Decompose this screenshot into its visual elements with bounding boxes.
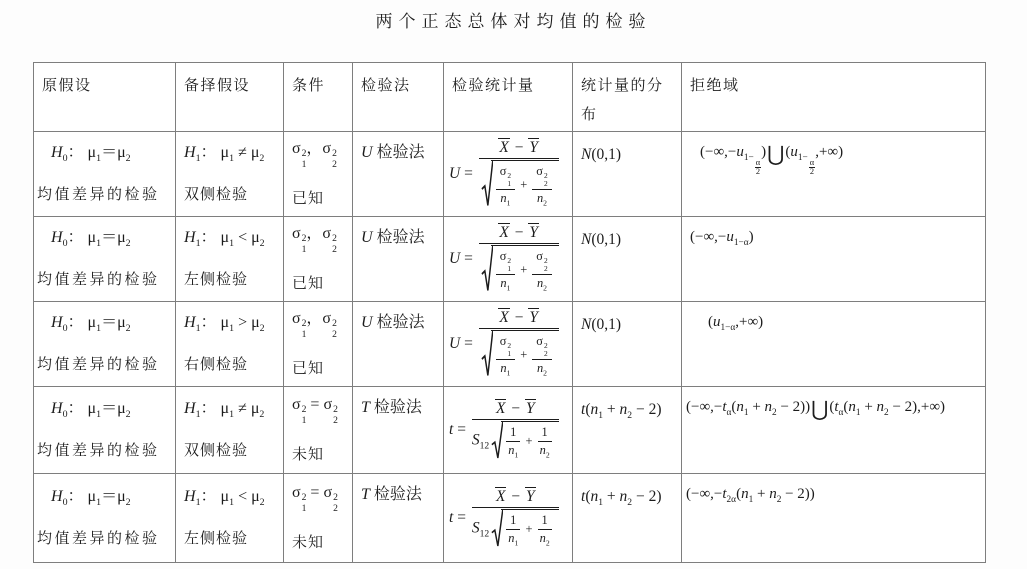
distribution-cell: N(0,1) bbox=[573, 301, 682, 386]
math-variable: T bbox=[361, 399, 370, 416]
math-text: ： μ bbox=[201, 488, 230, 505]
math-numerator: X − Y bbox=[479, 138, 559, 159]
null-hypothesis-formula: H0： μ1＝μ2 bbox=[35, 399, 174, 422]
math-text: ＝μ bbox=[101, 314, 126, 331]
math-numerator: 1 bbox=[538, 425, 552, 442]
math-variable: S bbox=[472, 431, 480, 448]
math-denominator: n1 bbox=[496, 360, 515, 377]
math-subscript: 2 bbox=[544, 265, 548, 273]
condition-formula: σ21，σ22 bbox=[285, 309, 351, 340]
distribution-cell: N(0,1) bbox=[573, 131, 682, 216]
math-variable: H bbox=[51, 229, 63, 246]
math-supsub: 22 bbox=[544, 172, 548, 188]
table-row: H0： μ1＝μ2 均值差异的检验 H1： μ1 > μ2 右侧检验 σ21，σ… bbox=[34, 301, 986, 386]
math-text: ： μ bbox=[68, 400, 97, 417]
rejection-region-formula: (−∞,−u1−α2)⋃(u1−α2,+∞) bbox=[700, 143, 984, 178]
null-hypothesis-label: 均值差异的检验 bbox=[35, 183, 174, 204]
null-hypothesis-formula: H0： μ1＝μ2 bbox=[35, 143, 174, 166]
math-text: − bbox=[507, 400, 524, 417]
math-subscript: 1 bbox=[302, 160, 307, 171]
math-denominator: n2 bbox=[532, 360, 551, 377]
math-text: = σ bbox=[306, 396, 332, 413]
math-denominator: σ21n1 + σ22n2 bbox=[479, 329, 559, 378]
math-text: + bbox=[522, 434, 535, 448]
alternative-formula: H1： μ1 > μ2 bbox=[177, 313, 282, 336]
distribution-formula: N(0,1) bbox=[581, 145, 681, 164]
column-header-distribution: 统计量的分布 bbox=[573, 63, 682, 132]
math-subscript: 12 bbox=[480, 440, 490, 451]
math-text: < μ bbox=[234, 488, 260, 505]
alternative-label: 左侧检验 bbox=[177, 527, 282, 548]
math-text: 1 bbox=[510, 513, 516, 527]
alternative-label: 双侧检验 bbox=[177, 183, 282, 204]
statistic-formula: U = X − Yσ21n1 + σ22n2 bbox=[449, 223, 561, 293]
math-text: σ bbox=[500, 249, 507, 263]
method-label: T 检验法 bbox=[361, 398, 443, 418]
math-numerator: X − Y bbox=[479, 223, 559, 244]
math-subscript: 1 bbox=[507, 369, 511, 378]
math-text: = bbox=[460, 165, 477, 183]
math-subscript: 2 bbox=[260, 238, 265, 249]
math-subscript: 1 bbox=[514, 538, 518, 547]
math-fraction: X − Yσ21n1 + σ22n2 bbox=[479, 308, 559, 378]
math-subscript: 2 bbox=[126, 238, 131, 249]
math-variable: U bbox=[449, 335, 460, 353]
condition-cell: σ21 = σ22 未知 bbox=[284, 473, 353, 562]
math-variable: n bbox=[736, 399, 744, 415]
statistic-cell: U = X − Yσ21n1 + σ22n2 bbox=[444, 216, 573, 301]
method-label: U 检验法 bbox=[361, 313, 443, 333]
math-subscript: 1−α2 bbox=[744, 153, 761, 163]
distribution-cell: N(0,1) bbox=[573, 216, 682, 301]
math-text: σ bbox=[292, 225, 301, 242]
math-text: (0,1) bbox=[591, 231, 621, 248]
math-sqrt-content: 1n1 + 1n2 bbox=[501, 421, 559, 460]
math-denominator: n1 bbox=[496, 275, 515, 292]
statistic-formula: t = X − YS121n1 + 1n2 bbox=[449, 487, 561, 548]
table-row: H0： μ1＝μ2 均值差异的检验 H1： μ1 < μ2 左侧检验 σ21 =… bbox=[34, 473, 986, 562]
math-subscript: 2 bbox=[332, 330, 337, 341]
math-variable: n bbox=[765, 399, 773, 415]
math-sqrt: σ21n1 + σ22n2 bbox=[481, 160, 559, 208]
math-sqrt-content: 1n1 + 1n2 bbox=[501, 509, 559, 548]
math-subscript: 1 bbox=[302, 245, 307, 256]
math-subscript: 2 bbox=[543, 284, 547, 293]
math-text: − 2)) bbox=[781, 486, 814, 502]
math-variable: N bbox=[581, 316, 591, 333]
math-text: 1− bbox=[798, 153, 808, 163]
math-supsub: 21 bbox=[507, 342, 511, 358]
math-subscript: 1 bbox=[507, 199, 511, 208]
math-subscript: 2 bbox=[544, 350, 548, 358]
alternative-formula: H1： μ1 ≠ μ2 bbox=[177, 143, 282, 166]
math-variable: u bbox=[726, 229, 734, 245]
math-numerator: X − Y bbox=[479, 308, 559, 329]
statistic-formula: U = X − Yσ21n1 + σ22n2 bbox=[449, 138, 561, 208]
math-sqrt-content: σ21n1 + σ22n2 bbox=[491, 245, 559, 293]
null-hypothesis-formula: H0： μ1＝μ2 bbox=[35, 313, 174, 336]
math-text: + bbox=[861, 399, 877, 415]
math-numerator: σ21 bbox=[496, 164, 515, 190]
math-variable: H bbox=[184, 400, 196, 417]
math-fraction: σ22n2 bbox=[532, 249, 551, 292]
math-text: 检验法 bbox=[373, 144, 425, 161]
null-hypothesis-label: 均值差异的检验 bbox=[35, 439, 174, 460]
math-text: − bbox=[511, 139, 528, 156]
math-variable: u bbox=[790, 144, 798, 160]
math-text: (−∞,− bbox=[690, 229, 726, 245]
math-subscript: 2 bbox=[543, 199, 547, 208]
math-text: + bbox=[603, 401, 620, 418]
math-numerator: 1 bbox=[506, 513, 520, 530]
math-text: 1 bbox=[542, 513, 548, 527]
math-subscript: 1 bbox=[302, 504, 307, 515]
method-cell: T 检验法 bbox=[353, 473, 444, 562]
math-text: 检验法 bbox=[370, 399, 422, 416]
method-cell: T 检验法 bbox=[353, 386, 444, 473]
math-supsub: 22 bbox=[333, 405, 338, 426]
math-fraction: 1n1 bbox=[506, 513, 520, 547]
math-sqrt: 1n1 + 1n2 bbox=[491, 421, 559, 460]
math-text: 1 bbox=[542, 425, 548, 439]
math-subscript: 2 bbox=[126, 409, 131, 420]
rejection-region-cell: (−∞,−t2α(n1 + n2 − 2)) bbox=[682, 473, 986, 562]
math-text: ： μ bbox=[201, 144, 230, 161]
math-numerator: 1 bbox=[538, 513, 552, 530]
math-variable: H bbox=[51, 314, 63, 331]
math-subscript: 2 bbox=[126, 323, 131, 334]
math-variable: H bbox=[184, 144, 196, 161]
header-row: 原假设 备择假设 条件 检验法 检验统计量 统计量的分布 拒绝域 bbox=[34, 63, 986, 132]
math-variable: n bbox=[769, 486, 777, 502]
condition-cell: σ21，σ22 已知 bbox=[284, 301, 353, 386]
math-supsub: 21 bbox=[507, 172, 511, 188]
math-text: 检验法 bbox=[373, 229, 425, 246]
math-denominator: n1 bbox=[496, 190, 515, 207]
column-header-statistic: 检验统计量 bbox=[444, 63, 573, 132]
math-fraction: σ21n1 bbox=[496, 249, 515, 292]
null-hypothesis-formula: H0： μ1＝μ2 bbox=[35, 487, 174, 510]
method-cell: U 检验法 bbox=[353, 131, 444, 216]
math-subscript: 2 bbox=[543, 369, 547, 378]
math-variable: n bbox=[848, 399, 856, 415]
column-header-condition: 条件 bbox=[284, 63, 353, 132]
math-text: ，σ bbox=[306, 225, 331, 242]
math-supsub: 22 bbox=[332, 319, 337, 340]
math-sqrt-content: σ21n1 + σ22n2 bbox=[491, 330, 559, 378]
math-variable: U bbox=[449, 250, 460, 268]
math-subscript: 2 bbox=[332, 245, 337, 256]
math-text: = bbox=[460, 250, 477, 268]
math-denominator: n2 bbox=[532, 275, 551, 292]
statistic-formula: t = X − YS121n1 + 1n2 bbox=[449, 399, 561, 460]
math-text: (0,1) bbox=[591, 316, 621, 333]
math-denominator: n2 bbox=[538, 530, 552, 547]
condition-formula: σ21 = σ22 bbox=[285, 395, 351, 426]
math-numerator: 1 bbox=[506, 425, 520, 442]
math-text: ＝μ bbox=[101, 229, 126, 246]
math-subscript: 2α bbox=[727, 495, 737, 505]
math-subscript: 2 bbox=[260, 497, 265, 508]
math-variable: U bbox=[449, 165, 460, 183]
math-text: + bbox=[517, 263, 530, 277]
condition-formula: σ21 = σ22 bbox=[285, 483, 351, 514]
statistic-cell: U = X − Yσ21n1 + σ22n2 bbox=[444, 301, 573, 386]
condition-label: 已知 bbox=[285, 357, 351, 378]
math-text: σ bbox=[292, 140, 301, 157]
math-subscript: 1−α bbox=[734, 238, 749, 248]
column-header-rejection-region: 拒绝域 bbox=[682, 63, 986, 132]
math-subscript: 1−α bbox=[721, 323, 736, 333]
math-sqrt: σ21n1 + σ22n2 bbox=[481, 245, 559, 293]
math-variable: H bbox=[184, 229, 196, 246]
math-text: (−∞,− bbox=[686, 399, 722, 415]
alternative-label: 右侧检验 bbox=[177, 353, 282, 374]
rejection-region-cell: (−∞,−u1−α2)⋃(u1−α2,+∞) bbox=[682, 131, 986, 216]
math-variable: u bbox=[713, 314, 721, 330]
math-supsub: 22 bbox=[332, 234, 337, 255]
math-fraction: σ22n2 bbox=[532, 334, 551, 377]
math-overbar-variable: X bbox=[498, 308, 509, 327]
page-title: 两个正态总体对均值的检验 bbox=[0, 7, 1027, 32]
method-label: T 检验法 bbox=[361, 485, 443, 505]
condition-label: 已知 bbox=[285, 187, 351, 208]
rejection-region-formula: (−∞,−t2α(n1 + n2 − 2)) bbox=[686, 485, 984, 507]
rejection-region-cell: (−∞,−tα(n1 + n2 − 2))⋃(tα(n1 + n2 − 2),+… bbox=[682, 386, 986, 473]
math-text: − 2) bbox=[632, 401, 661, 418]
math-text: σ bbox=[292, 484, 301, 501]
null-hypothesis-label: 均值差异的检验 bbox=[35, 353, 174, 374]
math-subscript: 2 bbox=[126, 497, 131, 508]
statistic-cell: t = X − YS121n1 + 1n2 bbox=[444, 386, 573, 473]
math-supsub: 22 bbox=[332, 149, 337, 170]
math-overbar-variable: Y bbox=[528, 223, 539, 242]
math-text: σ bbox=[536, 249, 543, 263]
column-header-null-hypothesis: 原假设 bbox=[34, 63, 176, 132]
distribution-formula: t(n1 + n2 − 2) bbox=[581, 400, 681, 422]
table-row: H0： μ1＝μ2 均值差异的检验 H1： μ1 ≠ μ2 双侧检验 σ21，σ… bbox=[34, 131, 986, 216]
math-text: < μ bbox=[234, 229, 260, 246]
math-text: σ bbox=[500, 164, 507, 178]
math-variable: u bbox=[736, 144, 744, 160]
math-denominator: n1 bbox=[506, 530, 520, 547]
rejection-region-formula: (−∞,−tα(n1 + n2 − 2))⋃(tα(n1 + n2 − 2),+… bbox=[686, 398, 984, 420]
rejection-region-formula: (u1−α,+∞) bbox=[708, 313, 984, 335]
math-text: 检验法 bbox=[373, 314, 425, 331]
math-text: ≠ μ bbox=[234, 144, 259, 161]
math-text: ,+∞) bbox=[735, 314, 763, 330]
math-subscript: 2 bbox=[259, 409, 264, 420]
math-supsub: 22 bbox=[544, 342, 548, 358]
math-fraction: α2 bbox=[809, 159, 815, 178]
math-text: + bbox=[749, 399, 765, 415]
math-denominator: 2 bbox=[810, 168, 814, 177]
union-symbol: ⋃ bbox=[811, 397, 828, 421]
math-numerator: σ21 bbox=[496, 249, 515, 275]
alternative-formula: H1： μ1 ≠ μ2 bbox=[177, 399, 282, 422]
math-text: σ bbox=[536, 334, 543, 348]
null-hypothesis-label: 均值差异的检验 bbox=[35, 268, 174, 289]
math-numerator: σ22 bbox=[532, 334, 551, 360]
math-subscript: 1 bbox=[507, 265, 511, 273]
math-text: ，σ bbox=[306, 140, 331, 157]
alternative-hypothesis-cell: H1： μ1 < μ2 左侧检验 bbox=[176, 473, 284, 562]
math-text: ) bbox=[749, 229, 754, 245]
math-variable: U bbox=[361, 314, 373, 331]
distribution-formula: N(0,1) bbox=[581, 230, 681, 249]
method-cell: U 检验法 bbox=[353, 216, 444, 301]
math-fraction: X − YS121n1 + 1n2 bbox=[472, 399, 559, 460]
math-text: ： μ bbox=[201, 314, 230, 331]
math-denominator: σ21n1 + σ22n2 bbox=[479, 159, 559, 208]
math-text: = bbox=[460, 335, 477, 353]
statistic-cell: U = X − Yσ21n1 + σ22n2 bbox=[444, 131, 573, 216]
condition-formula: σ21，σ22 bbox=[285, 224, 351, 255]
column-header-method: 检验法 bbox=[353, 63, 444, 132]
math-fraction: σ22n2 bbox=[532, 164, 551, 207]
math-overbar-variable: Y bbox=[528, 308, 539, 327]
null-hypothesis-cell: H0： μ1＝μ2 均值差异的检验 bbox=[34, 473, 176, 562]
math-text: (0,1) bbox=[591, 146, 621, 163]
math-denominator: S121n1 + 1n2 bbox=[472, 508, 559, 548]
math-overbar-variable: Y bbox=[525, 487, 536, 506]
condition-label: 已知 bbox=[285, 272, 351, 293]
math-overbar-variable: X bbox=[495, 487, 506, 506]
math-text: ＝μ bbox=[101, 144, 126, 161]
math-variable: H bbox=[51, 400, 63, 417]
alternative-hypothesis-cell: H1： μ1 ≠ μ2 双侧检验 bbox=[176, 131, 284, 216]
rejection-region-formula: (−∞,−u1−α) bbox=[690, 228, 984, 250]
table-row: H0： μ1＝μ2 均值差异的检验 H1： μ1 ≠ μ2 双侧检验 σ21 =… bbox=[34, 386, 986, 473]
math-text: − bbox=[511, 224, 528, 241]
union-symbol: ⋃ bbox=[767, 142, 784, 166]
math-text: σ bbox=[292, 310, 301, 327]
alternative-label: 双侧检验 bbox=[177, 439, 282, 460]
math-variable: H bbox=[51, 488, 63, 505]
math-text: 检验法 bbox=[370, 486, 422, 503]
math-text: − bbox=[507, 488, 524, 505]
math-overbar-variable: Y bbox=[525, 399, 536, 418]
math-subscript: 1−α2 bbox=[798, 153, 815, 163]
math-subscript: 2 bbox=[333, 504, 338, 515]
math-subscript: 1 bbox=[507, 350, 511, 358]
math-text: ： μ bbox=[68, 488, 97, 505]
math-text: 1 bbox=[510, 425, 516, 439]
math-fraction: X − YS121n1 + 1n2 bbox=[472, 487, 559, 548]
math-denominator: n2 bbox=[538, 442, 552, 459]
alternative-label: 左侧检验 bbox=[177, 268, 282, 289]
math-subscript: 1 bbox=[514, 450, 518, 459]
math-text: − 2)) bbox=[777, 399, 810, 415]
method-label: U 检验法 bbox=[361, 228, 443, 248]
math-text: ＝μ bbox=[101, 488, 126, 505]
column-header-alternative: 备择假设 bbox=[176, 63, 284, 132]
math-subscript: 2 bbox=[259, 153, 264, 164]
math-text: σ bbox=[536, 164, 543, 178]
math-subscript: 2 bbox=[544, 180, 548, 188]
math-numerator: X − Y bbox=[472, 399, 559, 420]
math-text: = bbox=[453, 509, 470, 527]
math-text: + bbox=[517, 348, 530, 362]
math-overbar-variable: X bbox=[498, 223, 509, 242]
math-fraction: σ21n1 bbox=[496, 164, 515, 207]
math-subscript: 2 bbox=[546, 538, 550, 547]
null-hypothesis-label: 均值差异的检验 bbox=[35, 527, 174, 548]
math-variable: U bbox=[361, 144, 373, 161]
math-fraction: X − Yσ21n1 + σ22n2 bbox=[479, 138, 559, 208]
table-row: H0： μ1＝μ2 均值差异的检验 H1： μ1 < μ2 左侧检验 σ21，σ… bbox=[34, 216, 986, 301]
math-subscript: 2 bbox=[546, 450, 550, 459]
math-denominator: n1 bbox=[506, 442, 520, 459]
math-text: − 2),+∞) bbox=[889, 399, 945, 415]
math-text: ： μ bbox=[201, 229, 230, 246]
math-variable: U bbox=[361, 229, 373, 246]
math-denominator: 2 bbox=[756, 168, 760, 177]
math-text: σ bbox=[292, 396, 301, 413]
math-variable: H bbox=[51, 144, 63, 161]
null-hypothesis-cell: H0： μ1＝μ2 均值差异的检验 bbox=[34, 131, 176, 216]
rejection-region-cell: (u1−α,+∞) bbox=[682, 301, 986, 386]
math-supsub: 21 bbox=[507, 257, 511, 273]
math-text: = bbox=[453, 421, 470, 439]
math-subscript: 1 bbox=[302, 330, 307, 341]
math-text: ： μ bbox=[201, 400, 230, 417]
math-variable: n bbox=[741, 486, 749, 502]
math-numerator: σ22 bbox=[532, 249, 551, 275]
math-variable: S bbox=[472, 519, 480, 536]
hypothesis-test-table: 原假设 备择假设 条件 检验法 检验统计量 统计量的分布 拒绝域 H0： μ1＝… bbox=[33, 62, 986, 563]
math-text: ： μ bbox=[68, 229, 97, 246]
math-text: σ bbox=[500, 334, 507, 348]
rejection-region-cell: (−∞,−u1−α) bbox=[682, 216, 986, 301]
math-subscript: 1 bbox=[507, 180, 511, 188]
math-overbar-variable: Y bbox=[528, 138, 539, 157]
math-text: ≠ μ bbox=[234, 400, 259, 417]
null-hypothesis-cell: H0： μ1＝μ2 均值差异的检验 bbox=[34, 301, 176, 386]
condition-label: 未知 bbox=[285, 443, 351, 464]
math-subscript: 1 bbox=[302, 416, 307, 427]
math-variable: N bbox=[581, 146, 591, 163]
alternative-formula: H1： μ1 < μ2 bbox=[177, 487, 282, 510]
math-numerator: σ21 bbox=[496, 334, 515, 360]
math-text: 1− bbox=[744, 153, 754, 163]
math-subscript: 12 bbox=[480, 528, 490, 539]
math-fraction: 1n2 bbox=[538, 425, 552, 459]
math-text: ： μ bbox=[68, 144, 97, 161]
math-fraction: σ21n1 bbox=[496, 334, 515, 377]
math-text: ，σ bbox=[306, 310, 331, 327]
math-subscript: 1 bbox=[507, 284, 511, 293]
math-text: (−∞,− bbox=[700, 144, 736, 160]
alternative-hypothesis-cell: H1： μ1 ≠ μ2 双侧检验 bbox=[176, 386, 284, 473]
math-text: (−∞,− bbox=[686, 486, 722, 502]
math-fraction: 1n2 bbox=[538, 513, 552, 547]
null-hypothesis-cell: H0： μ1＝μ2 均值差异的检验 bbox=[34, 386, 176, 473]
math-text: − bbox=[511, 309, 528, 326]
math-supsub: 22 bbox=[333, 493, 338, 514]
math-overbar-variable: X bbox=[495, 399, 506, 418]
distribution-formula: N(0,1) bbox=[581, 315, 681, 334]
null-hypothesis-formula: H0： μ1＝μ2 bbox=[35, 228, 174, 251]
distribution-cell: t(n1 + n2 − 2) bbox=[573, 473, 682, 562]
distribution-formula: t(n1 + n2 − 2) bbox=[581, 487, 681, 509]
math-text: ,+∞) bbox=[815, 144, 843, 160]
math-subscript: 2 bbox=[332, 160, 337, 171]
math-sqrt: 1n1 + 1n2 bbox=[491, 509, 559, 548]
condition-cell: σ21，σ22 已知 bbox=[284, 216, 353, 301]
math-fraction: 1n1 bbox=[506, 425, 520, 459]
method-cell: U 检验法 bbox=[353, 301, 444, 386]
